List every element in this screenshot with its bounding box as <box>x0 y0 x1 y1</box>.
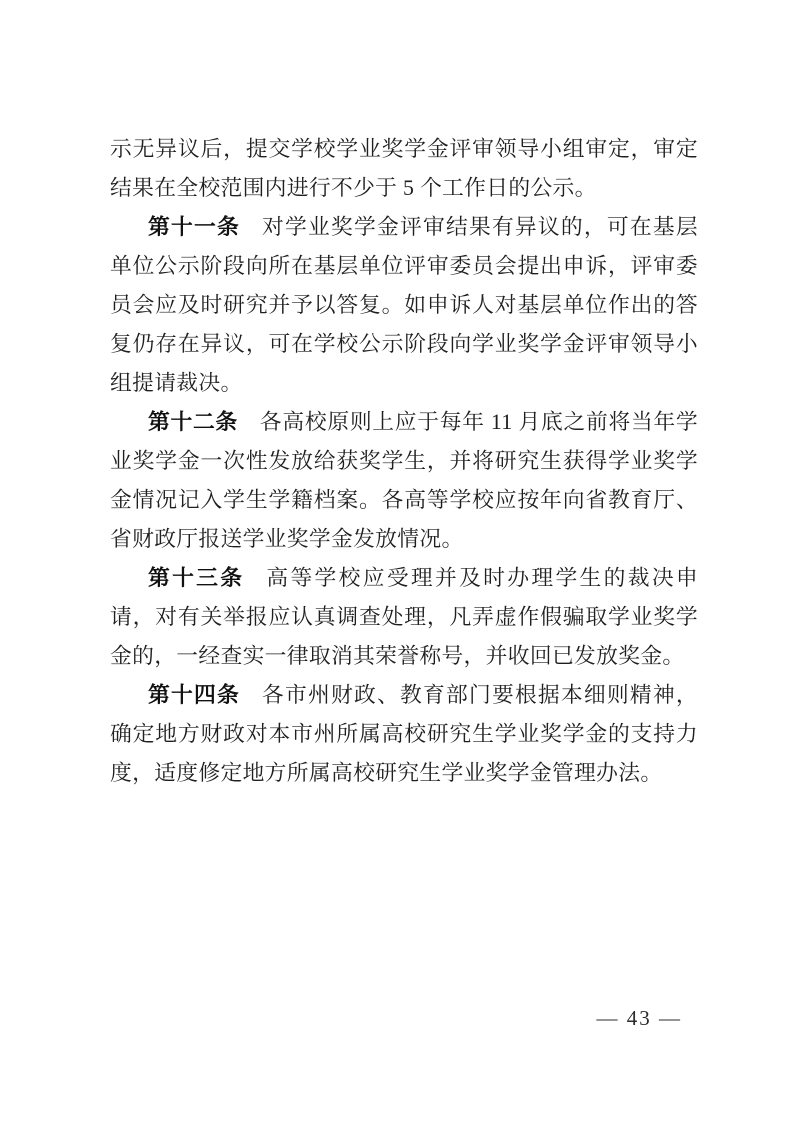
paragraph-article-14: 第十四条各市州财政、教育部门要根据本细则精神，确定地方财政对本市州所属高校研究生… <box>110 676 698 793</box>
article-term: 第十二条 <box>148 410 260 434</box>
page-number: — 43 — <box>597 1004 683 1032</box>
article-term: 第十三条 <box>148 566 266 590</box>
paragraph-article-12: 第十二条各高校原则上应于每年 11 月底之前将当年学业奖学金一次性发放给获奖学生… <box>110 403 698 559</box>
paragraph-article-13: 第十三条高等学校应受理并及时办理学生的裁决申请，对有关举报应认真调查处理，凡弄虚… <box>110 559 698 676</box>
document-page: 示无异议后，提交学校学业奖学金评审领导小组审定，审定结果在全校范围内进行不少于 … <box>0 0 800 1132</box>
paragraph-text: 示无异议后，提交学校学业奖学金评审领导小组审定，审定结果在全校范围内进行不少于 … <box>110 137 698 200</box>
document-body: 示无异议后，提交学校学业奖学金评审领导小组审定，审定结果在全校范围内进行不少于 … <box>110 130 698 793</box>
article-term: 第十四条 <box>148 683 262 707</box>
paragraph-article-11: 第十一条对学业奖学金评审结果有异议的，可在基层单位公示阶段向所在基层单位评审委员… <box>110 208 698 403</box>
paragraph-text: 对学业奖学金评审结果有异议的，可在基层单位公示阶段向所在基层单位评审委员会提出申… <box>110 215 698 395</box>
article-term: 第十一条 <box>148 215 262 239</box>
paragraph-continuation: 示无异议后，提交学校学业奖学金评审领导小组审定，审定结果在全校范围内进行不少于 … <box>110 130 698 208</box>
